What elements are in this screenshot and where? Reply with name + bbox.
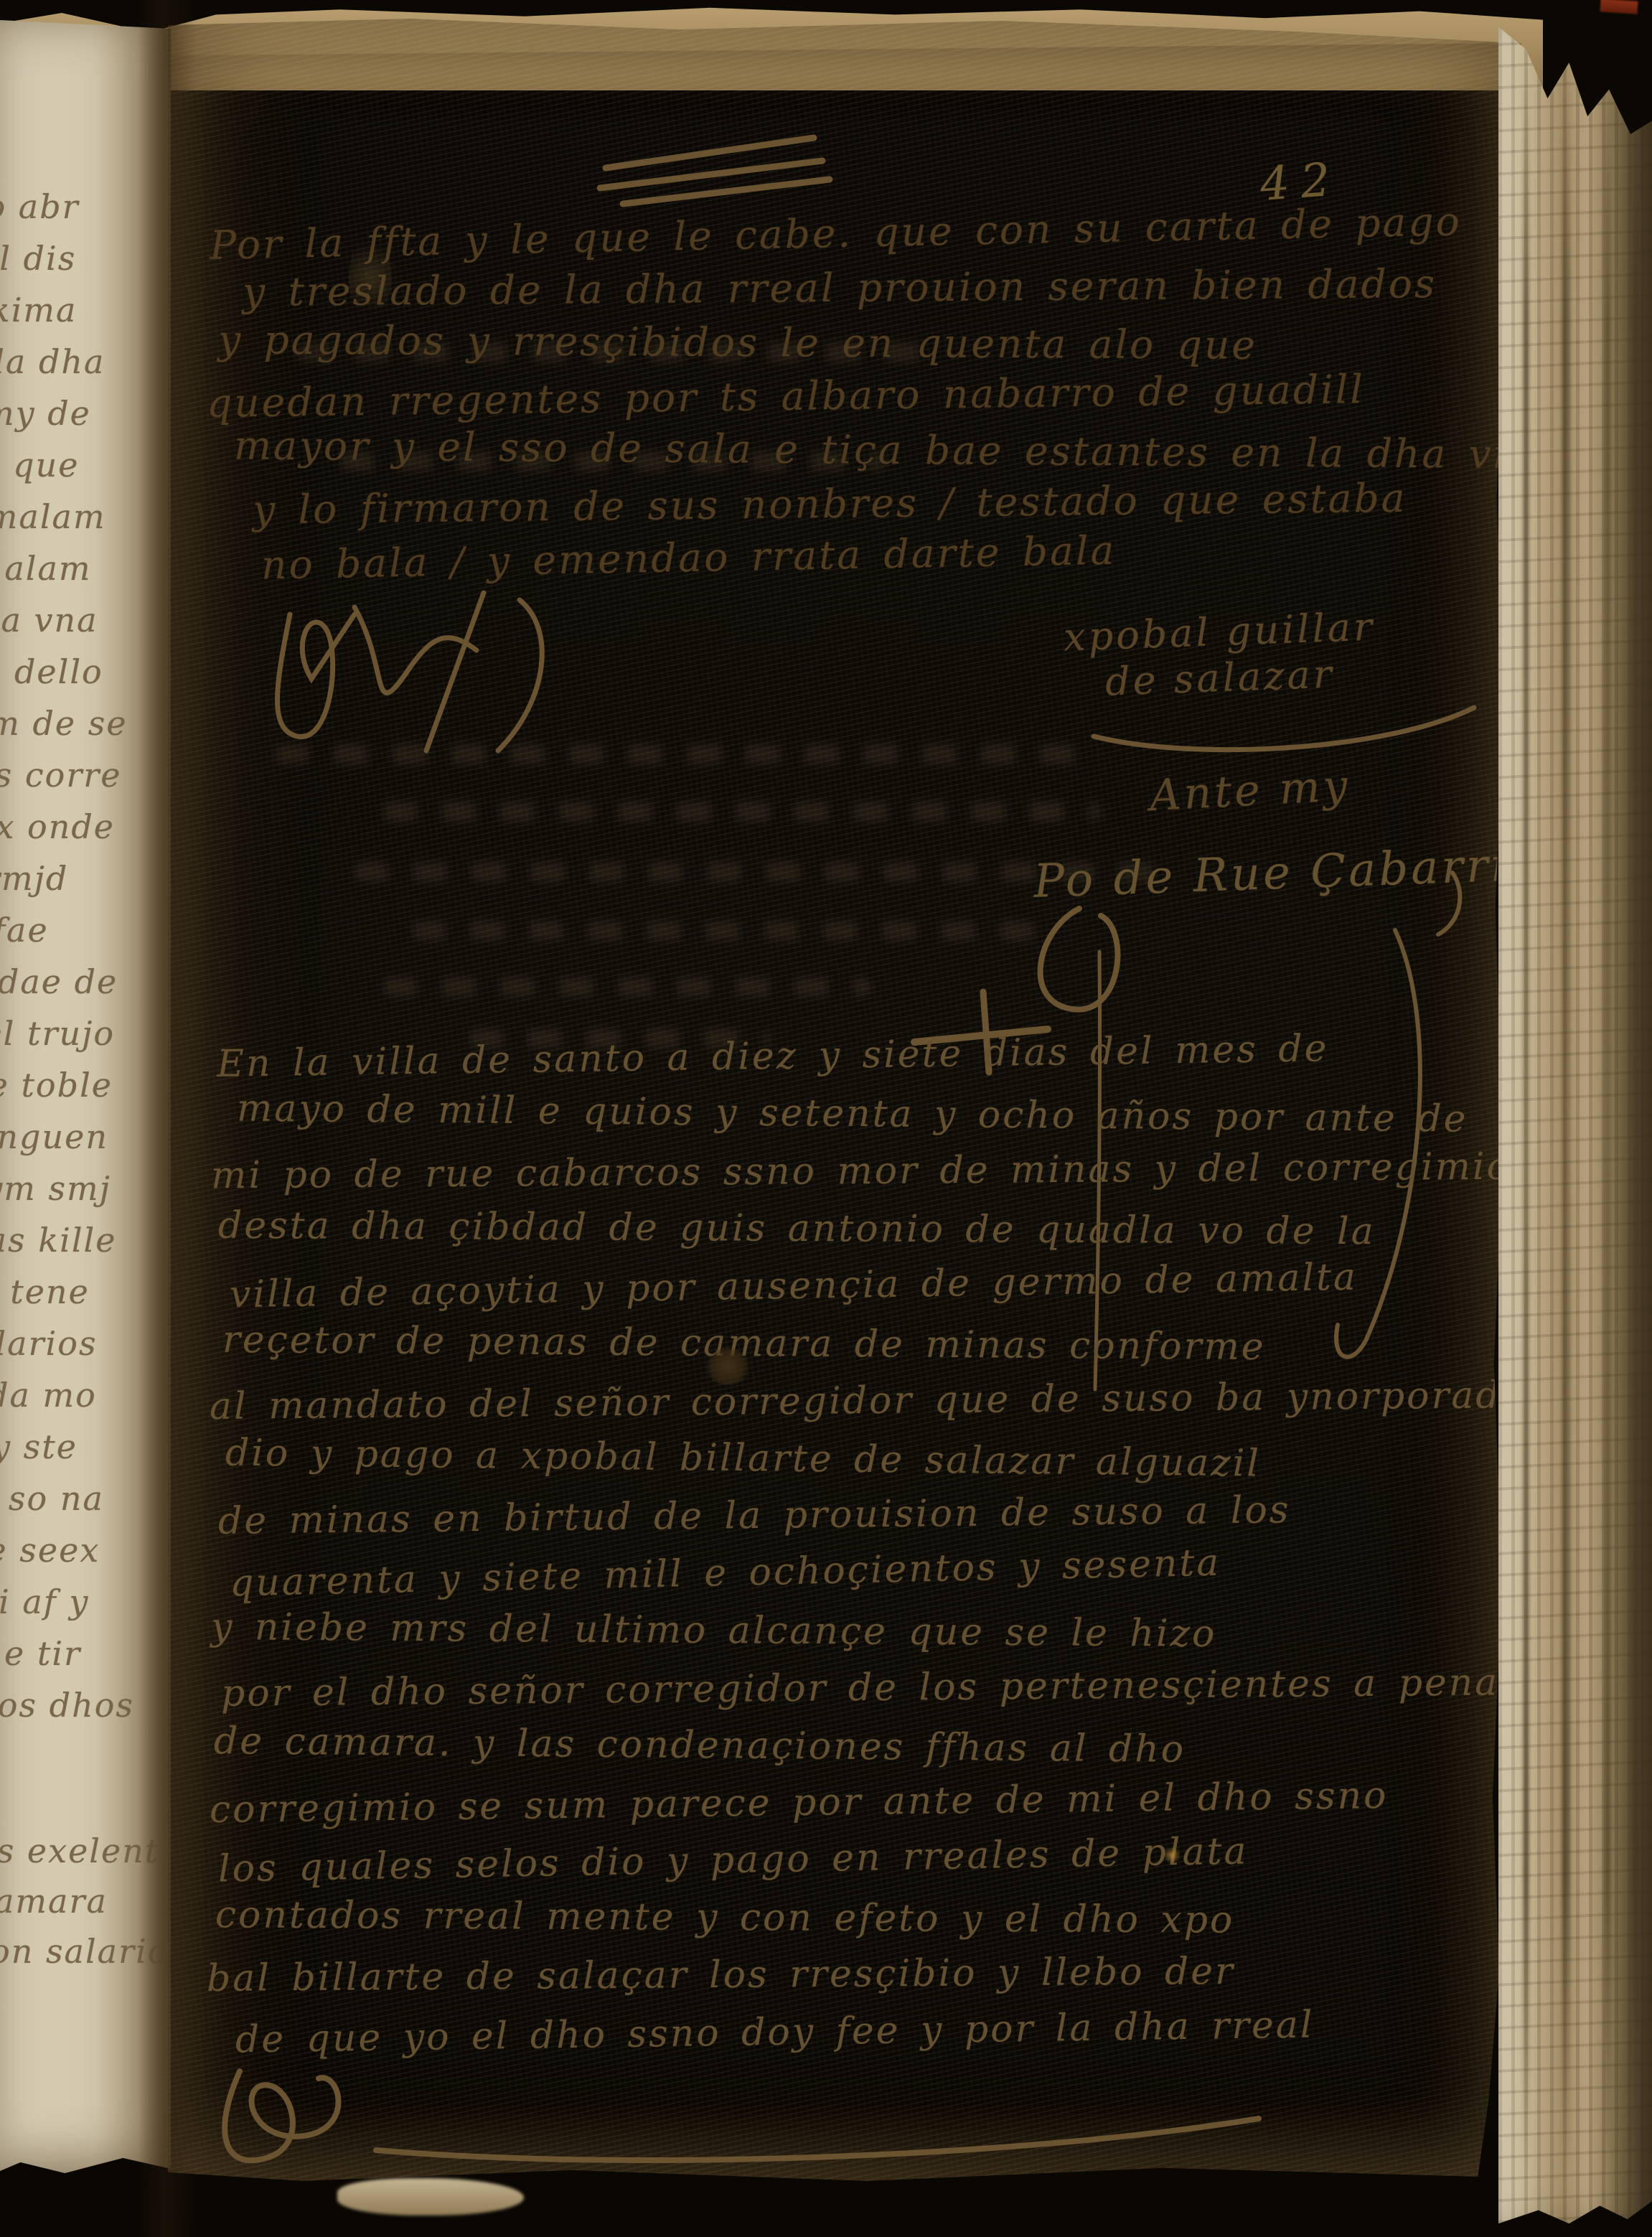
- facing-page-fragment: s tene: [0, 1275, 90, 1308]
- facing-page-fragment: os so na: [0, 1482, 104, 1515]
- manuscript-line: y niebe mrs del ultimo alcançe que se le…: [211, 1608, 1217, 1653]
- facing-page-fragment: y ste: [0, 1430, 78, 1463]
- facing-page-fragment: amara: [0, 1885, 108, 1918]
- facing-page-fragment: anguen: [0, 1120, 108, 1153]
- facing-page-fragment: on salario: [0, 1935, 169, 1968]
- facing-page-fragment: to malam: [0, 500, 106, 533]
- facing-page-fragment: on dello: [0, 655, 103, 688]
- signature-underline-flourish: [1087, 693, 1488, 758]
- facing-page-fragment: se toble: [0, 1069, 113, 1102]
- facing-page-fragment: a e tir: [0, 1637, 81, 1670]
- manuscript-page: 42 Por la ffta y le que le cabe. que con…: [168, 19, 1513, 2187]
- manuscript-line: mayo de mill e quios y setenta y ocho añ…: [237, 1090, 1468, 1138]
- manuscript-line: por el dho señor corregidor de los perte…: [221, 1664, 1513, 1712]
- manuscript-line: bal billarte de salaçar los rresçibio y …: [207, 1953, 1235, 1997]
- facing-page-sliver: go abr el dis e kima ela dha my de o. qu…: [0, 20, 171, 2182]
- facing-page-fragment: padae de: [0, 965, 118, 998]
- manuscript-line: de camara. y las condenaçiones ffhas al …: [214, 1722, 1186, 1768]
- manuscript-line: y treslado de la dha rreal prouion seran…: [243, 264, 1437, 312]
- manuscript-line: desta dha çibdad de guis antonio de quad…: [218, 1207, 1376, 1250]
- manuscript-line: no bala / y emendao rrata darte bala: [261, 531, 1117, 586]
- facing-page-fragment: rmjd: [0, 862, 68, 895]
- manuscript-line: corregimio se sum parece por ante de mi …: [210, 1777, 1389, 1829]
- manuscript-line: mayor y el sso de sala e tiça bae estant…: [234, 426, 1513, 475]
- manuscript-line: quedan rregentes por ts albaro nabarro d…: [207, 370, 1366, 423]
- facing-page-fragment: o. que: [0, 449, 79, 482]
- facing-page-fragment: los dhos: [0, 1689, 134, 1722]
- facing-page-fragment: es x onde: [0, 810, 115, 843]
- facing-page-fragment: o alam: [0, 552, 92, 585]
- manuscript-line: reçetor de penas de camara de minas conf…: [222, 1321, 1266, 1366]
- clerk-rubric-flourish: [247, 586, 634, 758]
- manuscript-line: de minas en birtud de la prouision de su…: [218, 1491, 1291, 1540]
- manuscript-line: al mandato del señor corregidor que de s…: [210, 1377, 1513, 1425]
- party-signature-line1: xpobal guillar: [1063, 607, 1376, 657]
- facing-page-fragment: os exelent: [0, 1834, 159, 1867]
- facing-page-fragment: da vna: [0, 604, 98, 637]
- binding-red-mark: [1600, 0, 1638, 14]
- facing-page-fragment: my de: [0, 397, 91, 430]
- triple-stroke-mark: [599, 126, 835, 205]
- facing-page-fragment: da mo: [0, 1379, 97, 1412]
- manuscript-line: contados rreal mente y con efeto y el dh…: [215, 1896, 1235, 1938]
- manuscript-line: Por la ffta y le que le cabe. que con su…: [210, 202, 1463, 265]
- facing-page-fragment: ela dha: [0, 345, 105, 378]
- manuscript-line: y pagados y rresçibidos le en quenta alo…: [218, 320, 1257, 365]
- facing-page-fragment: fae: [0, 914, 49, 947]
- ante-mi-label: Ante my: [1149, 764, 1351, 818]
- manuscript-scan: go abr el dis e kima ela dha my de o. qu…: [0, 0, 1652, 2237]
- facing-page-fragment: los s corre: [0, 759, 122, 792]
- facing-page-fragment: rmas kille: [0, 1224, 117, 1257]
- bottom-page-edge-chip: [337, 2178, 524, 2215]
- manuscript-line: mi po de rue cabarcos ssno mor de minas …: [211, 1148, 1511, 1195]
- facing-page-fragment: del trujo: [0, 1017, 115, 1050]
- facing-page-fragment: ri af y: [0, 1585, 89, 1618]
- facing-page-fragment: alarios: [0, 1327, 98, 1360]
- facing-page-fragment: el dis: [0, 242, 76, 275]
- manuscript-line: quarenta y siete mill e ochoçientos y se…: [230, 1544, 1221, 1603]
- facing-page-fragment: e kima: [0, 294, 77, 327]
- manuscript-line: dio y pago a xpobal billarte de salazar …: [225, 1434, 1261, 1482]
- facing-page-fragment: go abr: [0, 190, 80, 223]
- manuscript-line: y lo firmaron de sus nonbres / testado q…: [253, 479, 1407, 530]
- page-deckle-edges: [1498, 0, 1652, 2237]
- facing-page-fragment: ae seex: [0, 1534, 100, 1567]
- manuscript-line: los quales selos dio y pago en rreales d…: [218, 1832, 1249, 1887]
- closing-rubric-flourish: [197, 2050, 1316, 2186]
- facing-page-fragment: eym smj: [0, 1172, 111, 1205]
- facing-page-fragment: em de se: [0, 707, 128, 740]
